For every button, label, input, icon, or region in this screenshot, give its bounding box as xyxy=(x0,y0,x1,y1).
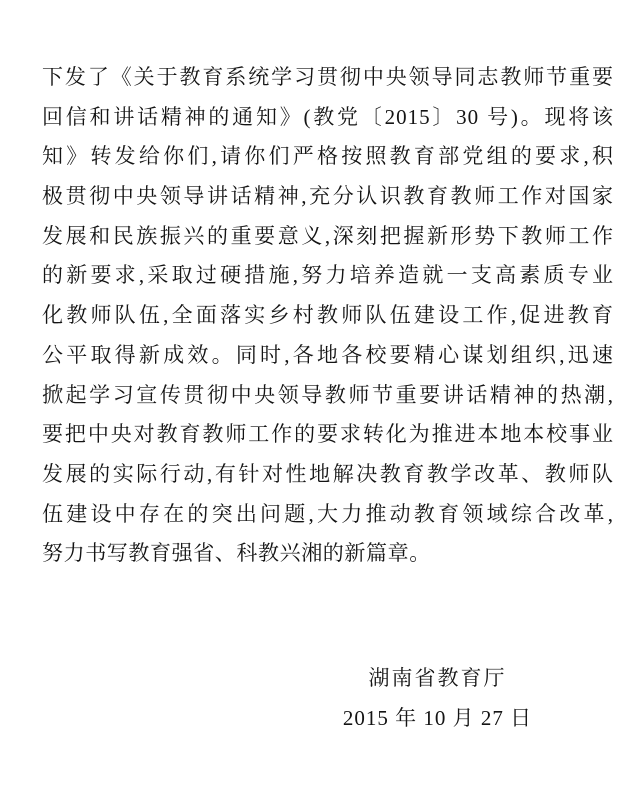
body-line: 发展和民族振兴的重要意义,深刻把握新形势下教师工作 xyxy=(42,217,614,257)
body-line: 下发了《关于教育系统学习贯彻中央领导同志教师节重要 xyxy=(42,58,614,98)
body-line: 知》转发给你们,请你们严格按照教育部党组的要求,积 xyxy=(42,137,614,177)
signature-date: 2015 年 10 月 27 日 xyxy=(315,699,560,739)
document-page: 下发了《关于教育系统学习贯彻中央领导同志教师节重要 回信和讲话精神的通知》(教党… xyxy=(0,0,640,799)
body-line: 努力书写教育强省、科教兴湘的新篇章。 xyxy=(42,534,614,574)
document-body: 下发了《关于教育系统学习贯彻中央领导同志教师节重要 回信和讲话精神的通知》(教党… xyxy=(42,58,614,574)
body-line: 要把中央对教育教师工作的要求转化为推进本地本校事业 xyxy=(42,415,614,455)
signature-block: 湖南省教育厅 2015 年 10 月 27 日 xyxy=(315,659,560,738)
body-line: 公平取得新成效。同时,各地各校要精心谋划组织,迅速 xyxy=(42,336,614,376)
body-line: 的新要求,采取过硬措施,努力培养造就一支高素质专业 xyxy=(42,256,614,296)
body-line: 极贯彻中央领导讲话精神,充分认识教育教师工作对国家 xyxy=(42,177,614,217)
signature-organization: 湖南省教育厅 xyxy=(315,659,560,699)
body-line: 化教师队伍,全面落实乡村教师队伍建设工作,促进教育 xyxy=(42,296,614,336)
body-line: 回信和讲话精神的通知》(教党〔2015〕30 号)。现将该《通 xyxy=(42,98,614,138)
body-line: 掀起学习宣传贯彻中央领导教师节重要讲话精神的热潮, xyxy=(42,376,614,416)
body-line: 伍建设中存在的突出问题,大力推动教育领域综合改革, xyxy=(42,495,614,535)
body-line: 发展的实际行动,有针对性地解决教育教学改革、教师队 xyxy=(42,455,614,495)
